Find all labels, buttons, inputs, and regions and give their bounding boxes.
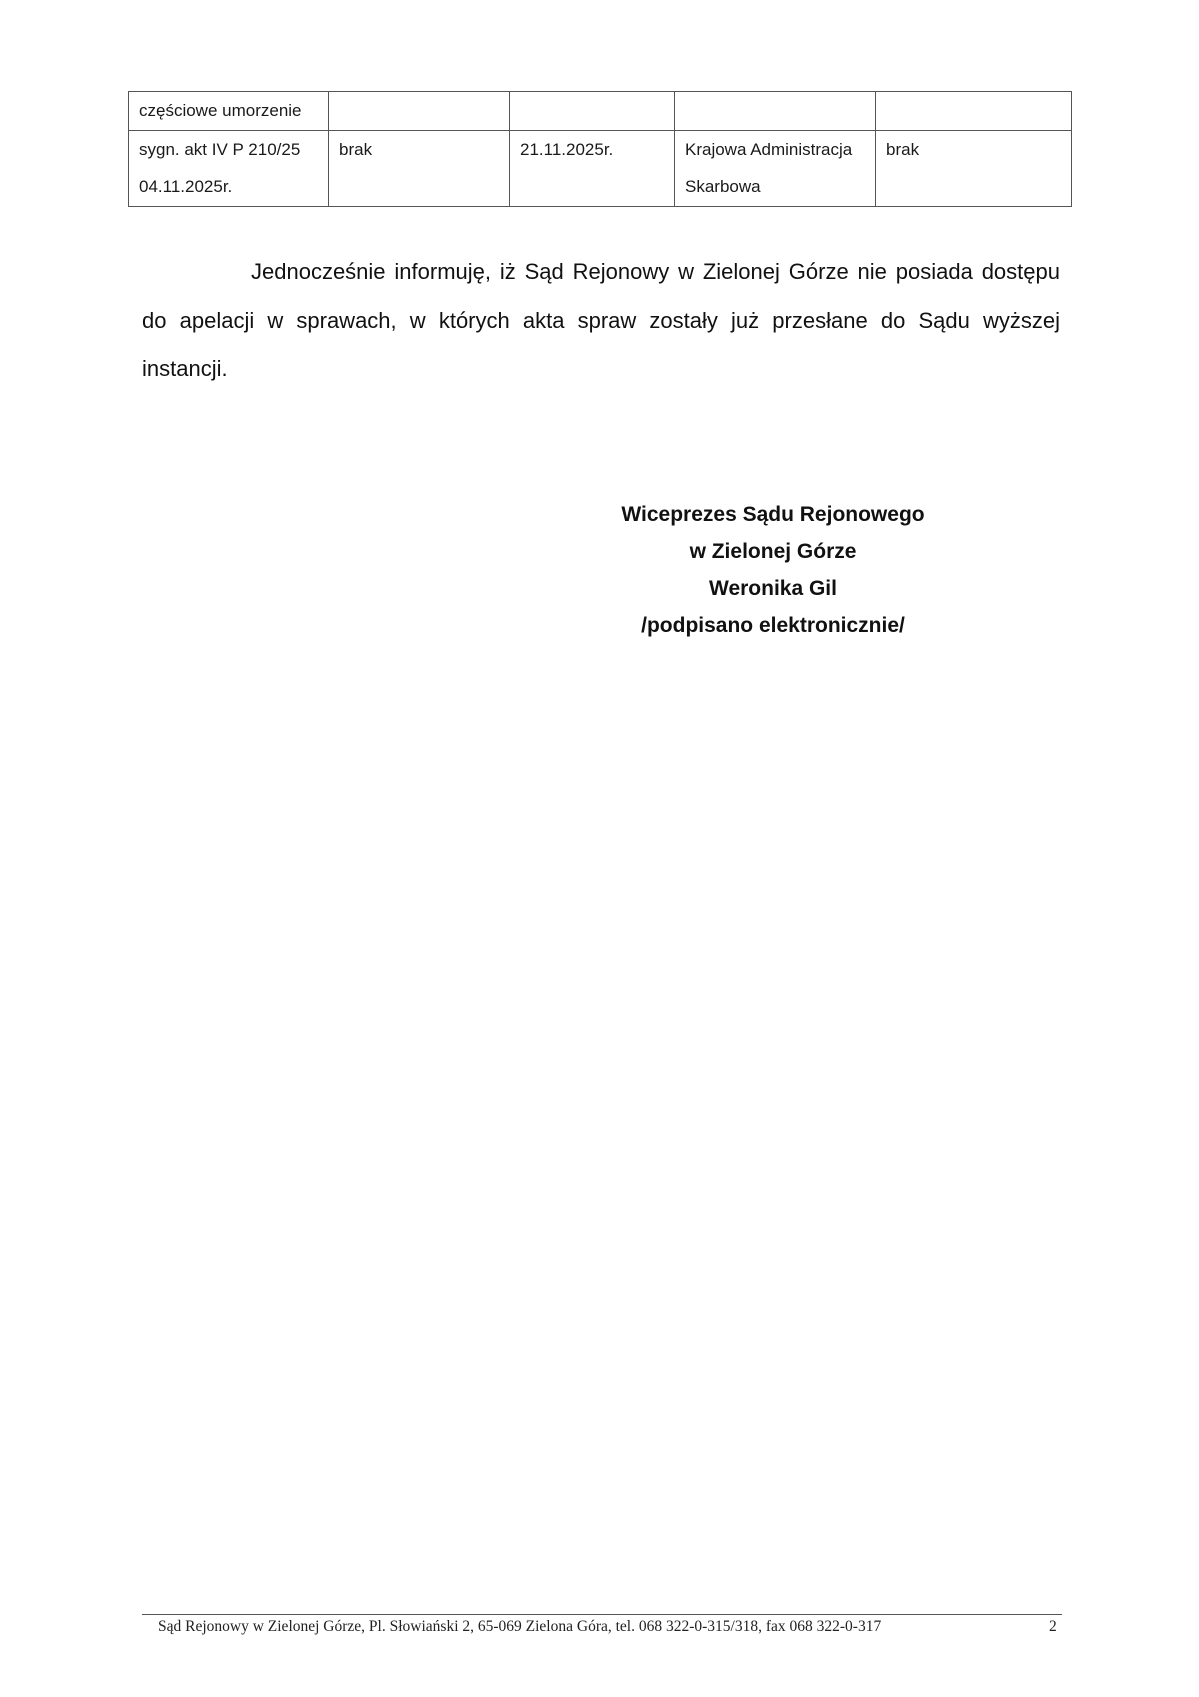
signature-note: /podpisano elektronicznie/ [573,607,973,644]
table-row: częściowe umorzenie [129,92,1072,131]
cell-text: brak [886,131,1061,168]
table-cell: 21.11.2025r. [510,131,675,207]
footer-address: Sąd Rejonowy w Zielonej Górze, Pl. Słowi… [158,1618,881,1636]
table-cell: brak [329,131,510,207]
cell-text: częściowe umorzenie [139,92,318,129]
signature-title: Wiceprezes Sądu Rejonowego [573,496,973,533]
table-cell: częściowe umorzenie [129,92,329,131]
signature-location: w Zielonej Górze [573,533,973,570]
table-cell: Krajowa Administracja Skarbowa [675,131,876,207]
table-cell [675,92,876,131]
party-name: Krajowa Administracja [685,131,865,168]
cell-text: brak [339,131,499,168]
footer-divider [142,1614,1062,1615]
table-cell [876,92,1072,131]
body-paragraph: Jednocześnie informuję, iż Sąd Rejonowy … [142,248,1060,394]
case-signature: sygn. akt IV P 210/25 [139,131,318,168]
table-row: sygn. akt IV P 210/25 04.11.2025r. brak … [129,131,1072,207]
page-number: 2 [1049,1618,1057,1636]
signature-name: Weronika Gil [573,570,973,607]
table-cell: sygn. akt IV P 210/25 04.11.2025r. [129,131,329,207]
table-cell: brak [876,131,1072,207]
cell-date: 21.11.2025r. [520,131,664,168]
document-page: częściowe umorzenie sygn. akt IV P 210/2… [0,0,1199,1697]
case-table: częściowe umorzenie sygn. akt IV P 210/2… [128,91,1072,207]
table-cell [329,92,510,131]
case-date: 04.11.2025r. [139,168,318,205]
table-cell [510,92,675,131]
signature-block: Wiceprezes Sądu Rejonowego w Zielonej Gó… [573,496,973,644]
party-name-cont: Skarbowa [685,168,865,205]
